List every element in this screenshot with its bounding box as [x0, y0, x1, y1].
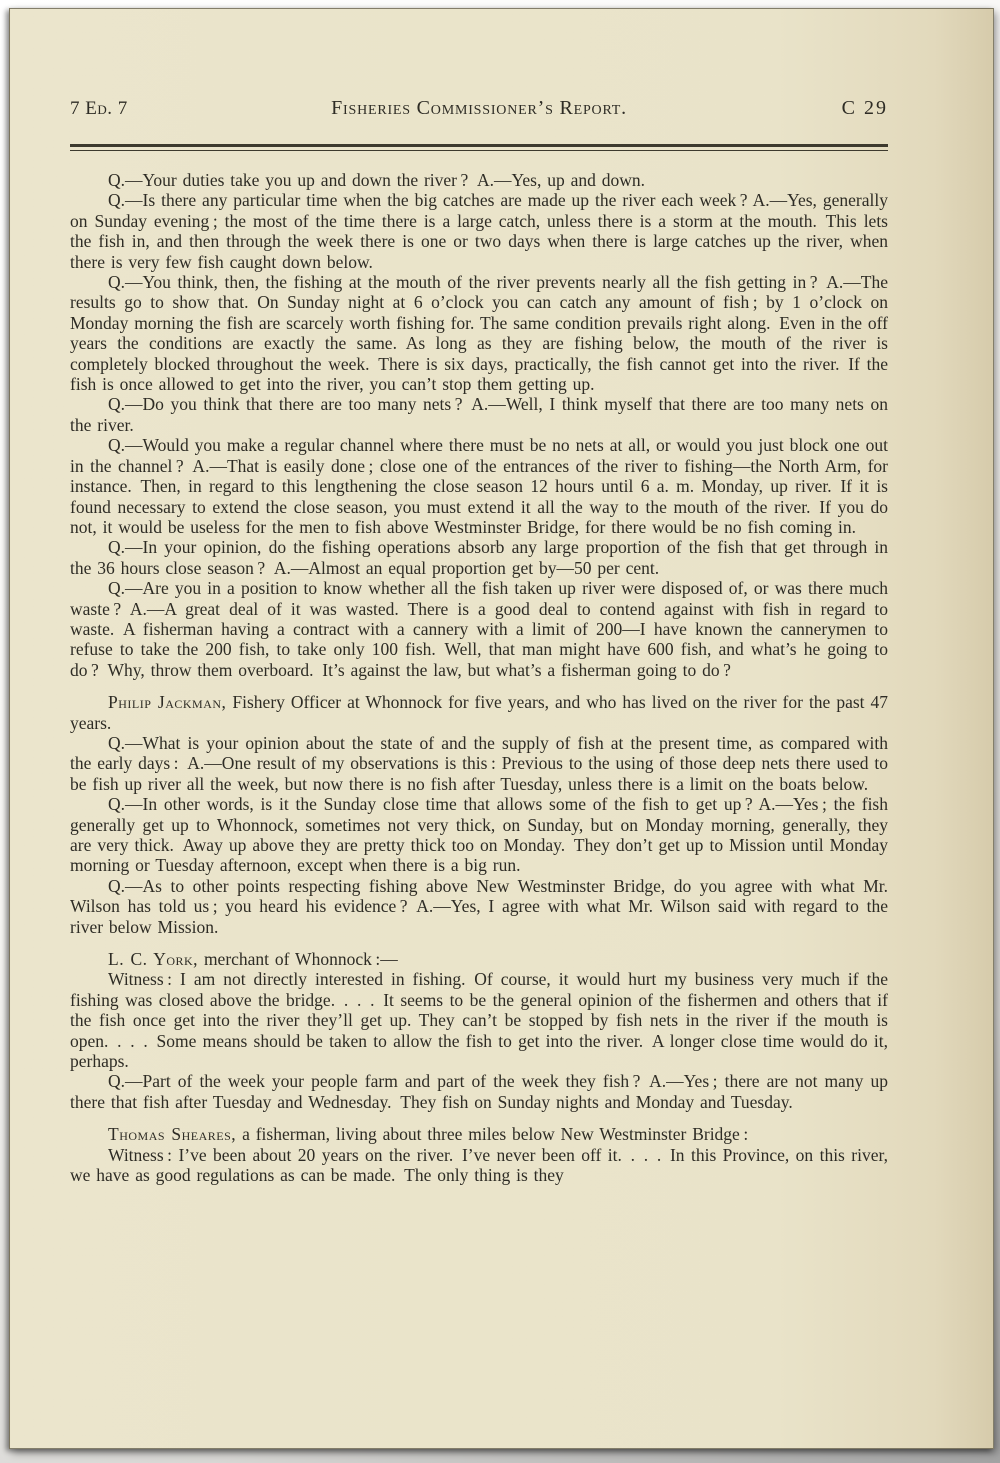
witness-intro: Thomas Sheares, a fisherman, living abou…	[70, 1124, 888, 1144]
witness-name: L. C. York,	[108, 949, 198, 969]
testimony-paragraph: Q.—Are you in a position to know whether…	[70, 578, 888, 680]
page-number: C 29	[718, 97, 888, 120]
report-title: Fisheries Commissioner’s Report.	[240, 97, 718, 120]
testimony-paragraph: Q.—In your opinion, do the fishing opera…	[70, 537, 888, 578]
witness-statement: Witness : I am not directly interested i…	[70, 969, 888, 1071]
testimony-paragraph: Q.—What is your opinion about the state …	[70, 733, 888, 794]
testimony-text: Q.—Your duties take you up and down the …	[70, 170, 888, 1186]
document-page: 7 Ed. 7 Fisheries Commissioner’s Report.…	[9, 8, 994, 1449]
witness-intro-text: a fisherman, living about three miles be…	[236, 1124, 748, 1144]
testimony-paragraph: Q.—In other words, is it the Sunday clos…	[70, 794, 888, 876]
testimony-paragraph: Q.—As to other points respecting fishing…	[70, 876, 888, 937]
witness-intro: Philip Jackman, Fishery Officer at Whonn…	[70, 692, 888, 733]
witness-name: Philip Jackman,	[108, 692, 226, 712]
testimony-paragraph: Q.—Is there any particular time when the…	[70, 190, 888, 272]
page-header: 7 Ed. 7 Fisheries Commissioner’s Report.…	[70, 9, 888, 120]
header-double-rule	[70, 144, 888, 151]
witness-statement: Witness : I’ve been about 20 years on th…	[70, 1145, 888, 1186]
witness-intro: L. C. York, merchant of Whonnock :—	[70, 949, 888, 969]
testimony-paragraph: Q.—Part of the week your people farm and…	[70, 1071, 888, 1112]
witness-intro-text: merchant of Whonnock :—	[198, 949, 398, 969]
testimony-paragraph: Q.—Do you think that there are too many …	[70, 394, 888, 435]
testimony-paragraph: Q.—Your duties take you up and down the …	[70, 170, 888, 190]
testimony-paragraph: Q.—You think, then, the fishing at the m…	[70, 272, 888, 394]
page-content: 7 Ed. 7 Fisheries Commissioner’s Report.…	[70, 9, 888, 1186]
testimony-paragraph: Q.—Would you make a regular channel wher…	[70, 435, 888, 537]
witness-name: Thomas Sheares,	[108, 1124, 236, 1144]
edition-label: 7 Ed. 7	[70, 98, 240, 120]
